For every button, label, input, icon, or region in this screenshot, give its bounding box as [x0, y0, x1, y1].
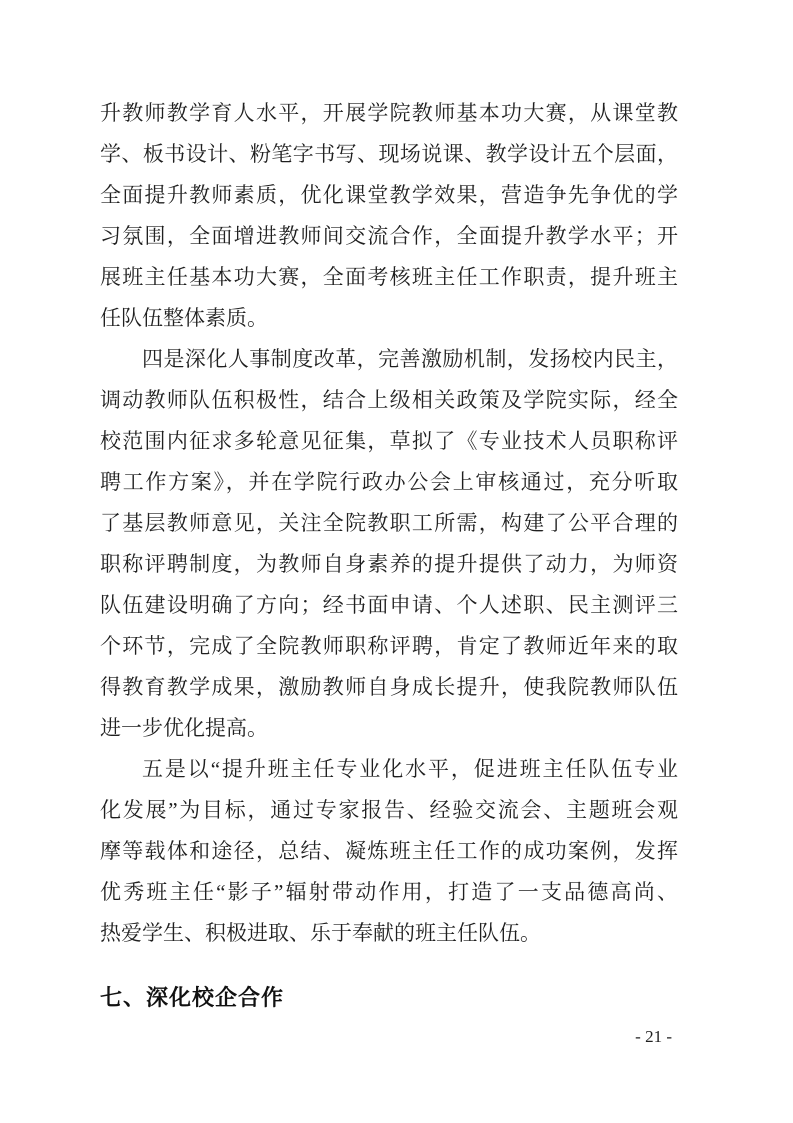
page-number: - 21 - — [635, 1027, 672, 1047]
document-page: 升教师教学育人水平，开展学院教师基本功大赛，从课堂教学、板书设计、粉笔字书写、现… — [0, 0, 793, 1123]
text-line: 五是以“提升班主任专业化水平，促进班主任队伍专业 — [100, 749, 678, 790]
text-line: 职称评聘制度，为教师自身素养的提升提供了动力，为师资 — [100, 544, 678, 585]
text-line: 校范围内征求多轮意见征集，草拟了《专业技术人员职称评 — [100, 421, 678, 462]
text-line: 了基层教师意见，关注全院教职工所需，构建了公平合理的 — [100, 503, 678, 544]
text-line: 全面提升教师素质，优化课堂教学效果，营造争先争优的学 — [100, 175, 678, 216]
text-line: 进一步优化提高。 — [100, 708, 678, 749]
section-heading: 七、深化校企合作 — [100, 977, 678, 1018]
text-line: 得教育教学成果，激励教师自身成长提升，使我院教师队伍 — [100, 667, 678, 708]
text-line: 化发展”为目标，通过专家报告、经验交流会、主题班会观 — [100, 790, 678, 831]
document-content: 升教师教学育人水平，开展学院教师基本功大赛，从课堂教学、板书设计、粉笔字书写、现… — [100, 93, 678, 1018]
text-line: 习氛围，全面增进教师间交流合作，全面提升教学水平；开 — [100, 216, 678, 257]
text-line: 展班主任基本功大赛，全面考核班主任工作职责，提升班主 — [100, 257, 678, 298]
text-line: 个环节，完成了全院教师职称评聘，肯定了教师近年来的取 — [100, 626, 678, 667]
text-line: 优秀班主任“影子”辐射带动作用，打造了一支品德高尚、 — [100, 872, 678, 913]
text-line: 摩等载体和途径，总结、凝炼班主任工作的成功案例，发挥 — [100, 831, 678, 872]
text-line: 聘工作方案》，并在学院行政办公会上审核通过，充分听取 — [100, 462, 678, 503]
text-line: 四是深化人事制度改革，完善激励机制，发扬校内民主， — [100, 339, 678, 380]
text-line: 学、板书设计、粉笔字书写、现场说课、教学设计五个层面， — [100, 134, 678, 175]
text-line: 调动教师队伍积极性，结合上级相关政策及学院实际，经全 — [100, 380, 678, 421]
text-line: 升教师教学育人水平，开展学院教师基本功大赛，从课堂教 — [100, 93, 678, 134]
document-body: 升教师教学育人水平，开展学院教师基本功大赛，从课堂教学、板书设计、粉笔字书写、现… — [100, 93, 678, 954]
text-line: 任队伍整体素质。 — [100, 298, 678, 339]
text-line: 队伍建设明确了方向；经书面申请、个人述职、民主测评三 — [100, 585, 678, 626]
text-line: 热爱学生、积极进取、乐于奉献的班主任队伍。 — [100, 913, 678, 954]
